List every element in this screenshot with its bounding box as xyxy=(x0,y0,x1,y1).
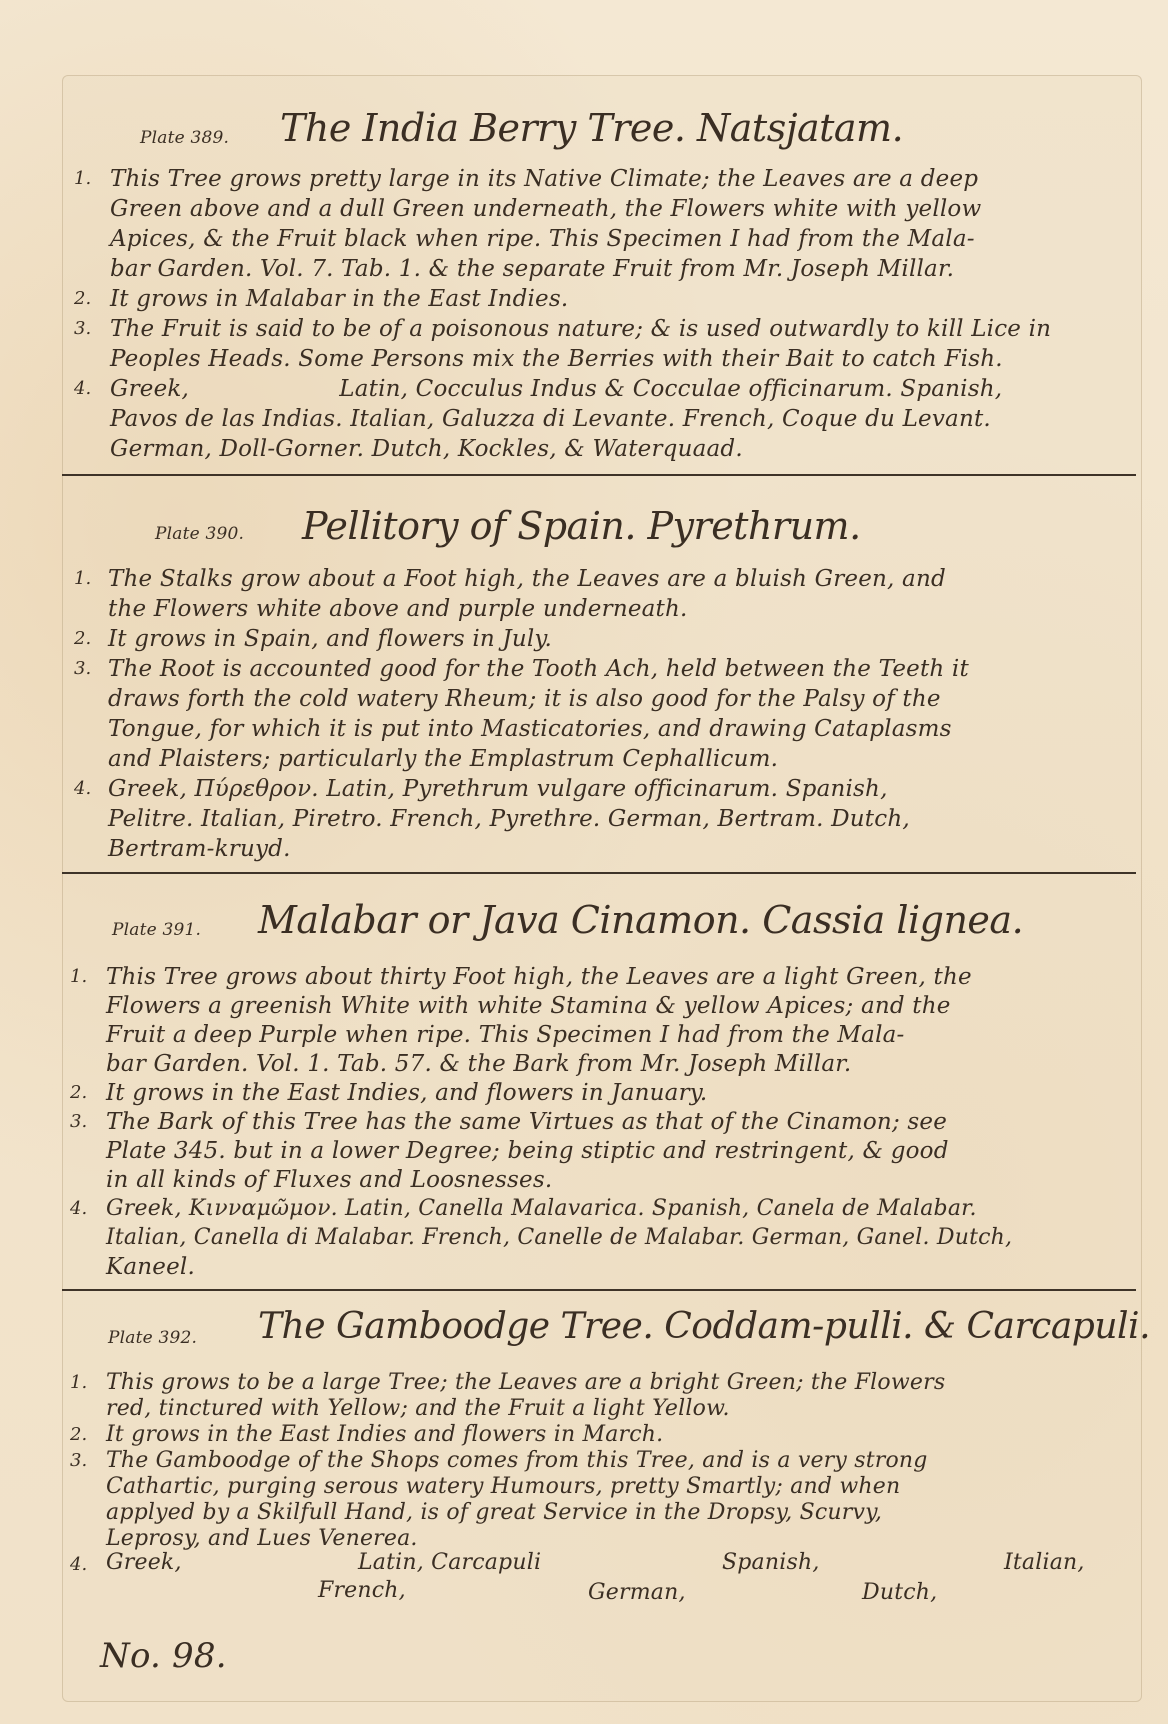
item-text-line: The Root is accounted good for the Tooth… xyxy=(108,654,969,684)
item-number: 3. xyxy=(70,1111,87,1132)
item-text-line: The Stalks grow about a Foot high, the L… xyxy=(108,564,946,594)
item-text-line: Apices, & the Fruit black when ripe. Thi… xyxy=(110,224,975,254)
item-text-line: German, Doll-Gorner. Dutch, Kockles, & W… xyxy=(110,434,743,464)
plate-title: Pellitory of Spain. Pyrethrum. xyxy=(302,504,861,548)
engraved-page: Plate 389. The India Berry Tree. Natsjat… xyxy=(0,0,1168,1724)
page-number: No. 98. xyxy=(100,1636,227,1676)
item-number: 3. xyxy=(74,318,91,339)
plate-title: The Gamboodge Tree. Coddam-pulli. & Carc… xyxy=(258,1306,1150,1347)
item-text-line: This Tree grows pretty large in its Nati… xyxy=(110,164,978,194)
item-text-line: the Flowers white above and purple under… xyxy=(108,594,688,624)
item-number: 1. xyxy=(70,1372,87,1393)
item-number: 3. xyxy=(70,1450,87,1471)
name-french: French, xyxy=(318,1578,406,1603)
item-text-line: bar Garden. Vol. 1. Tab. 57. & the Bark … xyxy=(106,1049,851,1079)
item-number: 4. xyxy=(70,1554,87,1575)
plate-title: Malabar or Java Cinamon. Cassia lignea. xyxy=(258,898,1023,942)
item-number: 1. xyxy=(74,168,91,189)
item-text-line: Greek, Πύρεθρον. Latin, Pyrethrum vulgar… xyxy=(108,774,888,804)
section-divider xyxy=(62,474,1136,476)
item-number: 1. xyxy=(70,966,87,987)
item-text-line: Greek, Κινναμῶμον. Latin, Canella Malava… xyxy=(106,1194,977,1224)
item-number: 3. xyxy=(74,658,91,679)
plate-label: Plate 390. xyxy=(155,524,244,544)
item-text-line: Fruit a deep Purple when ripe. This Spec… xyxy=(106,1020,905,1050)
section-divider xyxy=(62,872,1136,874)
plate-title: The India Berry Tree. Natsjatam. xyxy=(280,106,903,150)
item-text-line: Kaneel. xyxy=(106,1252,195,1282)
item-text-line: Peoples Heads. Some Persons mix the Berr… xyxy=(110,344,1003,374)
plate-label: Plate 389. xyxy=(140,128,229,148)
item-text-line: It grows in the East Indies, and flowers… xyxy=(106,1078,707,1108)
item-text-line: The Fruit is said to be of a poisonous n… xyxy=(110,314,1051,344)
name-german: German, xyxy=(588,1580,686,1605)
item-text-line: The Bark of this Tree has the same Virtu… xyxy=(106,1107,947,1137)
item-text-line: Greek, Latin, Cocculus Indus & Cocculae … xyxy=(110,374,1002,404)
item-text-line: and Plaisters; particularly the Emplastr… xyxy=(108,744,778,774)
item-number: 2. xyxy=(74,628,91,649)
item-text-line: Pavos de las Indias. Italian, Galuzza di… xyxy=(110,404,991,434)
name-spanish: Spanish, xyxy=(722,1550,820,1575)
item-text-line: It grows in Malabar in the East Indies. xyxy=(110,284,568,314)
item-text-line: Green above and a dull Green underneath,… xyxy=(110,194,981,224)
name-italian: Italian, xyxy=(1004,1550,1085,1575)
item-text-line: in all kinds of Fluxes and Loosnesses. xyxy=(106,1165,552,1195)
item-text-line: Tongue, for which it is put into Mastica… xyxy=(108,714,952,744)
item-text-line: bar Garden. Vol. 7. Tab. 1. & the separa… xyxy=(110,254,954,284)
name-dutch: Dutch, xyxy=(862,1580,937,1605)
item-number: 1. xyxy=(74,568,91,589)
item-text-line: Italian, Canella di Malabar. French, Can… xyxy=(106,1223,1012,1253)
name-greek: Greek, xyxy=(106,1550,182,1575)
item-number: 2. xyxy=(74,288,91,309)
item-number: 4. xyxy=(70,1198,87,1219)
plate-label: Plate 391. xyxy=(112,920,201,940)
plate-label: Plate 392. xyxy=(108,1328,197,1348)
item-text-line: Pelitre. Italian, Piretro. French, Pyret… xyxy=(108,804,910,834)
name-latin: Latin, Carcapuli xyxy=(358,1550,541,1575)
item-text-line: It grows in Spain, and flowers in July. xyxy=(108,624,552,654)
item-text-line: Flowers a greenish White with white Stam… xyxy=(106,991,951,1021)
item-text-line: Plate 345. but in a lower Degree; being … xyxy=(106,1136,949,1166)
item-number: 4. xyxy=(74,378,91,399)
item-text-line: This Tree grows about thirty Foot high, … xyxy=(106,962,972,992)
item-number: 2. xyxy=(70,1424,87,1445)
item-number: 2. xyxy=(70,1082,87,1103)
item-number: 4. xyxy=(74,778,91,799)
item-text-line: draws forth the cold watery Rheum; it is… xyxy=(108,684,941,714)
item-text-line: Bertram-kruyd. xyxy=(108,834,291,864)
section-divider xyxy=(62,1289,1136,1291)
